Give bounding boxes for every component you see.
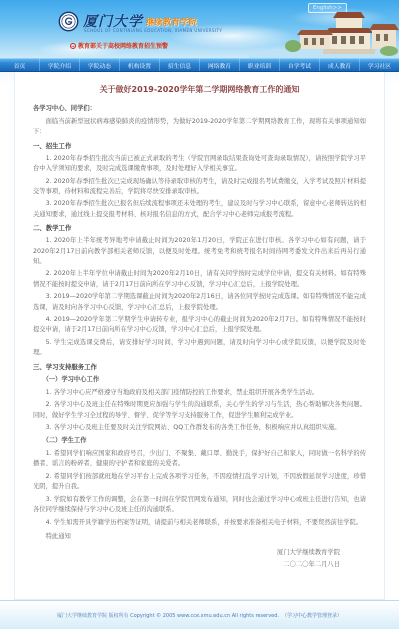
nav-item-职业培训[interactable]: 职业培训	[240, 59, 280, 71]
signature-org: 厦门大学继续教育学院	[33, 547, 340, 559]
article-block-para: 1. 2020年春季招生批次当前已被正式录取的考生（学院官网录取结果查询处可查询…	[33, 154, 366, 174]
signature-date: 二〇二〇年二月八日	[33, 559, 340, 571]
nav-item-成人教育[interactable]: 成人教育	[320, 59, 360, 71]
article-block-para: 4. 2019—2020学年第二学期学生申请转专业，报学习中心的截止时间为202…	[33, 315, 366, 335]
nav-item-学院介绍[interactable]: 学院介绍	[40, 59, 80, 71]
article-block-para: 3. 2020年春季招生批次已报名但后续流程事项还未处理的考生，建议及时与学习中…	[33, 199, 366, 219]
article-block-para: 3. 2019—2020学年第二学期选课截止时间为2020年2月16日，请各位同…	[33, 292, 366, 312]
article-block-para: 5. 学生完成选课交费后，请安排好学习时间，学习中遇到问题，请及时向学习中心或学…	[33, 338, 366, 358]
article-block-para: 2. 各学习中心及班主任在特殊时期更应加强与学生的沟通联系，关心学生的学习与生活…	[33, 400, 366, 420]
admin-login-link[interactable]: （学习中心教学管理登录）	[282, 612, 342, 619]
article-block-para: 2. 希望同学们按部就班地在学习平台上完成各项学习任务，不因疫情打乱学习计划，不…	[33, 472, 366, 492]
arrow-bullet-icon: →	[70, 43, 76, 49]
article-block-para: 4. 学生如需开具学籍学历档案等证明，请提前与相关老师联系，并按要求准备相关电子…	[33, 518, 366, 528]
campus-building-illustration	[249, 4, 399, 58]
nav-item-机构设置[interactable]: 机构设置	[120, 59, 160, 71]
article-block-para: 2. 2020年春季招生批次已完成现场确认等待录取审核的考生，请及时完成报名考试…	[33, 177, 366, 197]
nav-item-首页[interactable]: 首页	[0, 59, 40, 71]
nav-item-招生信息[interactable]: 招生信息	[160, 59, 200, 71]
nav-item-学院动态[interactable]: 学院动态	[80, 59, 120, 71]
header-banner: English>> 厦门大学 继续教育学院 SCHOOL OF CONTINUI…	[0, 0, 399, 58]
article-block-para: 1. 各学习中心应严格遵守当地政府及相关部门疫情防控的工作要求，禁止组织开展各类…	[33, 388, 366, 398]
article-block-h1: 三、学习支持服务工作	[33, 362, 366, 373]
article-block-para: 1. 2020年上半年统考异地考申请截止时间为2020年1月20日，学院正在进行…	[33, 236, 366, 267]
page-title: 关于做好2019-2020学年第二学期网络教育工作的通知	[33, 84, 366, 95]
copyright-text: 厦门大学继续教育学院 版权所有 Copyright © 2005 www.cce…	[57, 612, 279, 619]
ministry-warning-text: 教育部关于高校网络教育招生预警	[78, 41, 168, 50]
article-block-sub: （一）学习中心工作	[33, 375, 366, 385]
university-caption: SCHOOL OF CONTINUING EDUCATION, XIAMEN U…	[84, 28, 222, 33]
article-block-para: 面临当前新型冠状病毒感染肺炎的疫情形势，为做好2019-2020学年第二学期网络…	[33, 117, 366, 137]
college-name: 继续教育学院	[146, 16, 197, 28]
main-nav: 首页学院介绍学院动态机构设置招生信息网络教育职业培训自学考试成人教育学习社区	[0, 58, 399, 72]
article-block-para: 1. 希望同学们响应国家和政府号召，少出门、不聚集、戴口罩、勤洗手，保护好自己和…	[33, 449, 366, 469]
article-body: 各学习中心、同学们：面临当前新型冠状病毒感染肺炎的疫情形势，为做好2019-20…	[33, 104, 366, 542]
article-block-para: 3. 学院如有教学工作的调整，会在第一时间在学院官网发布通知，同时也会通过学习中…	[33, 495, 366, 515]
nav-item-网络教育[interactable]: 网络教育	[200, 59, 240, 71]
page: English>> 厦门大学 继续教育学院 SCHOOL OF CONTINUI…	[0, 0, 399, 629]
article-block-salutation: 各学习中心、同学们：	[33, 104, 366, 114]
article-block-h1: 二、教学工作	[33, 223, 366, 234]
footer: 厦门大学继续教育学院 版权所有 Copyright © 2005 www.cce…	[0, 600, 399, 629]
nav-item-自学考试[interactable]: 自学考试	[280, 59, 320, 71]
article-block-close: 特此通知	[33, 532, 366, 542]
notice-article: 关于做好2019-2020学年第二学期网络教育工作的通知 各学习中心、同学们：面…	[14, 72, 385, 600]
article-block-sub: （二）学生工作	[33, 436, 366, 446]
university-emblem-icon	[58, 11, 79, 32]
article-block-para: 3. 各学习中心及班主任要及时关注学院网站、QQ工作群发布的各类工作任务，积极响…	[33, 423, 366, 433]
nav-item-学习社区[interactable]: 学习社区	[360, 59, 399, 71]
signature-block: 厦门大学继续教育学院 二〇二〇年二月八日	[33, 547, 366, 571]
article-block-para: 2. 2020年上半年学位申请截止时间为2020年2月10日，请有关同学按时完成…	[33, 269, 366, 289]
article-block-h1: 一、招生工作	[33, 141, 366, 152]
content-wrap: 关于做好2019-2020学年第二学期网络教育工作的通知 各学习中心、同学们：面…	[0, 72, 399, 600]
ministry-warning-link[interactable]: → 教育部关于高校网络教育招生预警	[70, 41, 168, 50]
